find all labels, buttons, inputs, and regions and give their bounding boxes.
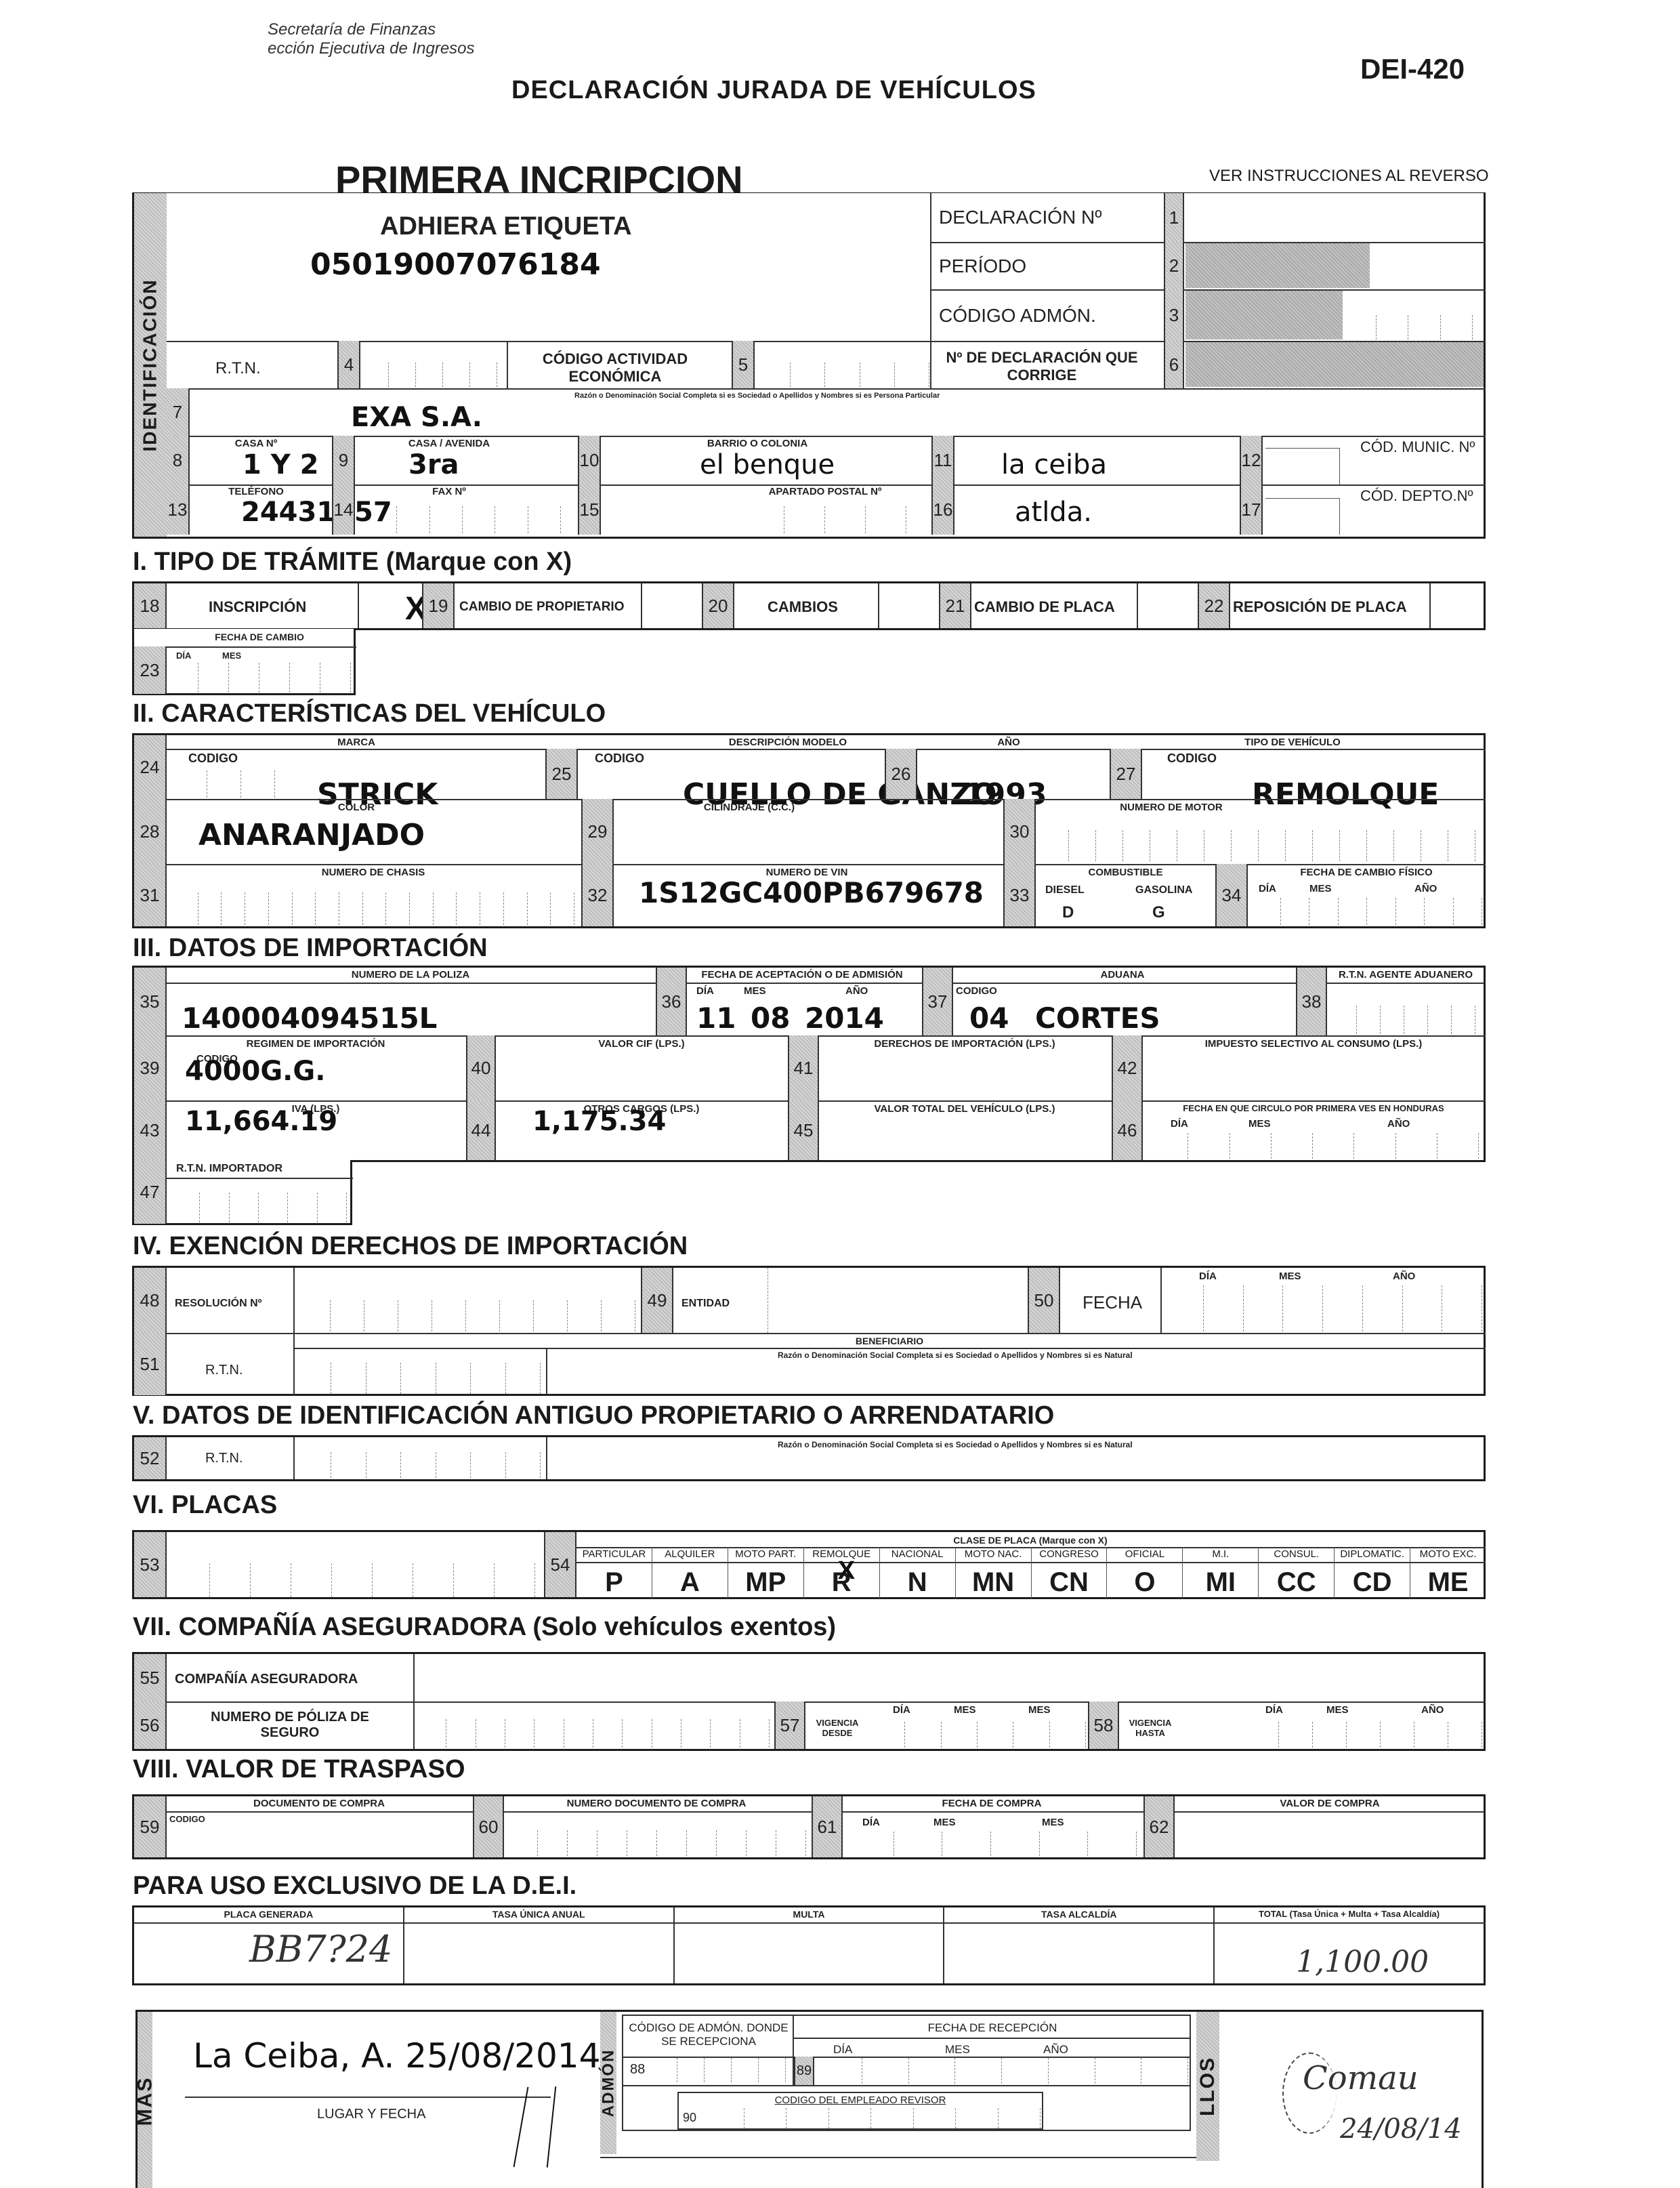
document-title: DECLARACIÓN JURADA DE VEHÍCULOS <box>511 76 1036 105</box>
tasa-alcaldia-cell[interactable]: TASA ALCALDÍA <box>944 1907 1215 1983</box>
field-number-3: 3 <box>1164 289 1184 341</box>
field-number-11: 11 <box>931 436 954 484</box>
recepcion-mes-label: MES <box>945 2043 970 2057</box>
field-number-22: 22 <box>1198 583 1230 628</box>
plate-class-moto-part[interactable]: MOTO PART.MP <box>728 1547 804 1598</box>
anio-header: AÑO <box>917 737 1100 748</box>
divider <box>134 799 1486 800</box>
field-number-12: 12 <box>1240 436 1263 484</box>
valor-cif-input[interactable] <box>497 1053 785 1099</box>
empleado-revisor-header: CODIGO DEL EMPLEADO REVISOR <box>679 2094 1042 2106</box>
regimen-header: REGIMEN DE IMPORTACIÓN <box>167 1038 465 1050</box>
compania-input[interactable] <box>416 1654 1484 1701</box>
fecha-cambio-input[interactable] <box>168 663 351 693</box>
cambio-fisico-header: FECHA DE CAMBIO FÍSICO <box>1248 867 1485 878</box>
placa-generada-handwritten: BB7?24 <box>249 1928 392 1970</box>
section-title-tramite: I. TIPO DE TRÁMITE (Marque con X) <box>133 548 572 577</box>
tramite-checkbox-cambio-propietario[interactable] <box>641 583 702 628</box>
numero-documento-input[interactable] <box>508 1830 806 1856</box>
iva-value[interactable]: 11,664.19 <box>185 1106 337 1137</box>
field-number-7: 7 <box>167 388 190 436</box>
field-number-88: 88 <box>630 2062 645 2078</box>
cod-depto-label: CÓD. DEPTO.Nº <box>1360 487 1473 505</box>
vigencia-hasta-dia: DÍA <box>1265 1704 1283 1716</box>
exencion-section: 48 RESOLUCIÓN Nº 49 ENTIDAD 50 FECHA DÍA… <box>132 1266 1486 1396</box>
cod-depto-input[interactable] <box>1265 498 1340 535</box>
fecha-compra-dia: DÍA <box>862 1817 880 1828</box>
divider <box>167 436 1486 437</box>
tramite-options: 18 INSCRIPCIÓN X 19 CAMBIO DE PROPIETARI… <box>132 581 1486 630</box>
field-number-38: 38 <box>1296 968 1327 1035</box>
antiguo-name-input[interactable] <box>549 1451 1484 1478</box>
codigo-admon-recepcion-input[interactable] <box>650 2058 786 2082</box>
periodo-label: PERÍODO <box>939 255 1026 277</box>
color-header: COLOR <box>167 802 546 813</box>
tasa-unica-cell[interactable]: TASA ÚNICA ANUAL <box>404 1907 675 1983</box>
tipo-code-label: CODIGO <box>1167 751 1217 766</box>
declaracion-input[interactable] <box>1185 193 1484 242</box>
rtn-importador-box: 47 R.T.N. IMPORTADOR <box>132 1160 352 1225</box>
cilindraje-header: CILINDRAJE (C.C.) <box>614 802 885 813</box>
aduana-header: ADUANA <box>953 969 1292 981</box>
divider <box>507 341 508 388</box>
plate-class-congreso[interactable]: CONGRESOCN <box>1032 1547 1108 1598</box>
field-number-6: 6 <box>1164 341 1184 388</box>
section-title-exencion: IV. EXENCIÓN DERECHOS DE IMPORTACIÓN <box>133 1232 688 1261</box>
codigo-admon-label: CÓDIGO ADMÓN. <box>939 305 1096 327</box>
field-number-17: 17 <box>1240 484 1263 535</box>
fecha-aceptacion-dia-label: DÍA <box>696 985 714 997</box>
marca-code-input[interactable] <box>173 770 275 798</box>
plate-class-oficial[interactable]: OFICIALO <box>1107 1547 1183 1598</box>
firmas-side-tab: MAS <box>138 2012 152 2188</box>
stamp-date-handwritten: 24/08/14 <box>1340 2113 1462 2145</box>
rtn-input[interactable] <box>362 363 497 387</box>
fecha-aceptacion-dia[interactable]: 11 <box>696 1002 736 1035</box>
field-number-48: 48 <box>134 1268 167 1333</box>
divider <box>293 1437 295 1479</box>
field-number-19: 19 <box>422 583 455 628</box>
divider <box>167 646 356 648</box>
motor-header: NUMERO DE MOTOR <box>1036 802 1307 813</box>
cod-munic-input[interactable] <box>1265 448 1340 484</box>
multa-cell[interactable]: MULTA <box>675 1907 945 1983</box>
field-number-9: 9 <box>332 436 355 484</box>
numero-documento-header: NUMERO DOCUMENTO DE COMPRA <box>504 1798 809 1809</box>
signature-stroke <box>547 2086 557 2168</box>
cambio-fisico-dia-label: DÍA <box>1259 883 1276 894</box>
divider <box>167 388 1486 390</box>
section-title-caracteristicas: II. CARACTERÍSTICAS DEL VEHÍCULO <box>133 699 606 728</box>
razon-social-hint: Razón o Denominación Social Completa si … <box>574 392 940 400</box>
vigencia-desde-label: VIGENCIA DESDE <box>810 1718 864 1738</box>
antiguo-hint: Razón o Denominación Social Completa si … <box>778 1440 1133 1449</box>
documento-compra-header: DOCUMENTO DE COMPRA <box>167 1798 471 1809</box>
regimen-value[interactable]: 4000G.G. <box>185 1056 325 1087</box>
divider <box>134 1701 1486 1703</box>
field-number-27: 27 <box>1110 749 1142 799</box>
otros-cargos-value[interactable]: 1,175.34 <box>532 1106 666 1137</box>
importacion-section: 35 NUMERO DE LA POLIZA 140004094515L 36 … <box>132 966 1486 1162</box>
vigencia-hasta-mes: MES <box>1326 1704 1349 1716</box>
barrio-value[interactable]: el benque <box>700 449 835 480</box>
field-number-44: 44 <box>466 1100 496 1160</box>
vigencia-desde-input[interactable] <box>869 1722 1086 1748</box>
recepcion-box: CÓDIGO DE ADMÓN. DONDE SE RECEPCIONA FEC… <box>622 2015 1191 2131</box>
valor-total-input[interactable] <box>820 1118 1108 1159</box>
placa-generada-header: PLACA GENERADA <box>134 1909 403 1920</box>
rtn-agente-input[interactable] <box>1333 1006 1475 1034</box>
placa-number-input[interactable] <box>169 1563 535 1597</box>
fecha-recepcion-header: FECHA DE RECEPCIÓN <box>794 2021 1191 2035</box>
admon-side-tab: ADMÓN <box>600 2012 616 2154</box>
total-header: TOTAL (Tasa Única + Multa + Tasa Alcaldí… <box>1215 1909 1484 1919</box>
plate-class-grid: PARTICULARP ALQUILERA MOTO PART.MP REMOL… <box>576 1547 1486 1598</box>
fecha-aceptacion-header: FECHA DE ACEPTACIÓN O DE ADMISIÓN <box>687 969 917 981</box>
clase-placa-header: CLASE DE PLACA (Marque con X) <box>576 1535 1484 1546</box>
tramite-label-cambio-propietario: CAMBIO DE PROPIETARIO <box>459 600 625 615</box>
aseguradora-section: 55 COMPAÑÍA ASEGURADORA 56 NUMERO DE PÓL… <box>132 1652 1486 1751</box>
marca-header: MARCA <box>167 737 546 748</box>
empleado-revisor-input[interactable] <box>702 2108 1041 2128</box>
calle-value[interactable]: 3ra <box>408 449 459 480</box>
divider <box>546 1437 547 1479</box>
apartado-input[interactable] <box>744 506 906 533</box>
remolque-x-mark: X <box>838 1556 855 1586</box>
plate-class-particular[interactable]: PARTICULARP <box>576 1547 652 1598</box>
label-area-title: ADHIERA ETIQUETA <box>380 212 632 241</box>
selectivo-header: IMPUESTO SELECTIVO AL CONSUMO (LPS.) <box>1143 1038 1484 1050</box>
instructions-note: VER INSTRUCCIONES AL REVERSO <box>1209 167 1489 186</box>
field-number-61: 61 <box>812 1796 843 1857</box>
primera-circulacion-header: FECHA EN QUE CIRCULO POR PRIMERA VES EN … <box>1143 1103 1484 1113</box>
beneficiario-rtn-input[interactable] <box>297 1363 541 1394</box>
fecha-compra-mes2: MES <box>1042 1817 1064 1828</box>
poliza-seguro-label: NUMERO DE PÓLIZA DE SEGURO <box>202 1710 378 1741</box>
footer-section: MAS La Ceiba, A. 25/08/2014 LUGAR Y FECH… <box>135 2010 1484 2188</box>
fecha-aceptacion-mes[interactable]: 08 <box>751 1002 790 1035</box>
field-number-2: 2 <box>1164 242 1184 289</box>
marca-code-label: CODIGO <box>188 751 238 766</box>
section-title-aseguradora: VII. COMPAÑÍA ASEGURADORA (Solo vehículo… <box>133 1613 836 1642</box>
declaracion-corrige-label: Nº DE DECLARACIÓN QUE CORRIGE <box>944 349 1140 384</box>
field-number-26: 26 <box>885 749 917 799</box>
divider <box>794 2038 1191 2039</box>
valor-total-header: VALOR TOTAL DEL VEHÍCULO (LPS.) <box>819 1103 1110 1115</box>
cod-munic-label: CÓD. MUNIC. Nº <box>1360 438 1475 456</box>
placa-generada-cell[interactable]: PLACA GENERADA BB7?24 <box>134 1907 404 1983</box>
field-number-24: 24 <box>134 735 167 799</box>
fecha-compra-input[interactable] <box>845 1832 1137 1856</box>
compania-label: COMPAÑÍA ASEGURADORA <box>175 1672 358 1687</box>
plate-class-alquiler[interactable]: ALQUILERA <box>652 1547 728 1598</box>
recepcion-anio-label: AÑO <box>1043 2043 1068 2057</box>
field-number-49: 49 <box>641 1268 673 1333</box>
divider <box>293 1268 295 1395</box>
color-value[interactable]: ANARANJADO <box>198 818 425 852</box>
field-number-14: 14 <box>332 484 355 535</box>
field-number-56: 56 <box>134 1701 167 1749</box>
field-number-32: 32 <box>581 864 614 926</box>
plate-class-mi[interactable]: M.I.MI <box>1183 1547 1259 1598</box>
plate-class-remolque[interactable]: REMOLQUERX <box>804 1547 880 1598</box>
field-number-20: 20 <box>702 583 734 628</box>
beneficiario-header: BENEFICIARIO <box>293 1336 1486 1346</box>
field-number-62: 62 <box>1143 1796 1175 1857</box>
vigencia-hasta-input[interactable] <box>1245 1722 1482 1748</box>
field-number-89: 89 <box>794 2057 814 2085</box>
field-number-45: 45 <box>788 1100 819 1160</box>
field-number-21: 21 <box>939 583 971 628</box>
rtn-importador-header: R.T.N. IMPORTADOR <box>176 1163 282 1175</box>
recepcion-dia-label: DÍA <box>833 2043 852 2057</box>
plate-class-nacional[interactable]: NACIONALN <box>880 1547 956 1598</box>
declaracion-label: DECLARACIÓN Nº <box>939 207 1102 228</box>
resolucion-label: RESOLUCIÓN Nº <box>175 1298 262 1310</box>
gasolina-checkbox[interactable]: G <box>1152 903 1165 922</box>
vigencia-hasta-anio: AÑO <box>1421 1704 1444 1716</box>
beneficiario-name-input[interactable] <box>549 1361 1484 1395</box>
chasis-header: NUMERO DE CHASIS <box>167 867 580 878</box>
municipio-value[interactable]: la ceiba <box>1001 449 1107 480</box>
field-number-16: 16 <box>931 484 954 535</box>
divider <box>167 983 1484 984</box>
divider <box>134 1922 1486 1924</box>
field-number-35: 35 <box>134 968 167 1035</box>
agency-name: Secretaría de Finanzas ección Ejecutiva … <box>268 20 475 58</box>
periodo-input[interactable] <box>1371 243 1484 288</box>
section-title-antiguo-propietario: V. DATOS DE IDENTIFICACIÓN ANTIGUO PROPI… <box>133 1401 1054 1430</box>
valor-cif-header: VALOR CIF (LPS.) <box>496 1038 787 1050</box>
primera-circulacion-dia-label: DÍA <box>1171 1118 1188 1130</box>
vigencia-hasta-label: VIGENCIA HASTA <box>1123 1718 1177 1738</box>
poliza-seguro-input[interactable] <box>417 1719 770 1748</box>
selectivo-input[interactable] <box>1144 1053 1483 1099</box>
fecha-compra-mes: MES <box>933 1817 956 1828</box>
fecha-cambio-label: FECHA DE CAMBIO <box>168 632 351 642</box>
valor-compra-input[interactable] <box>1177 1814 1482 1856</box>
tramite-label-cambios: CAMBIOS <box>768 598 838 616</box>
tipo-vehiculo-header: TIPO DE VEHÍCULO <box>1103 737 1482 748</box>
field-number-55: 55 <box>134 1654 167 1701</box>
divider <box>358 583 359 628</box>
field-number-53: 53 <box>134 1532 167 1597</box>
codigo-actividad-input[interactable] <box>756 363 929 387</box>
signature-stroke <box>513 2087 529 2168</box>
field-number-47: 47 <box>134 1160 167 1224</box>
placas-section: 53 54 CLASE DE PLACA (Marque con X) PART… <box>132 1530 1486 1599</box>
combustible-header: COMBUSTIBLE <box>1036 867 1215 878</box>
derechos-header: DERECHOS DE IMPORTACIÓN (LPS.) <box>819 1038 1110 1050</box>
motor-input[interactable] <box>1042 830 1475 861</box>
field-number-15: 15 <box>578 484 601 535</box>
field-number-5: 5 <box>732 341 755 388</box>
tramite-label-reposicion-placa: REPOSICIÓN DE PLACA <box>1233 598 1407 616</box>
exencion-anio-label: AÑO <box>1393 1271 1415 1282</box>
documento-compra-input[interactable] <box>169 1828 467 1856</box>
diesel-checkbox[interactable]: D <box>1062 903 1074 922</box>
diesel-label: DIESEL <box>1045 884 1085 896</box>
fecha-aceptacion-anio-label: AÑO <box>845 985 868 997</box>
field-number-43: 43 <box>134 1100 167 1160</box>
divider <box>930 341 931 388</box>
field-number-59: 59 <box>134 1796 167 1857</box>
tramite-label-cambio-placa: CAMBIO DE PLACA <box>974 598 1115 616</box>
antiguo-propietario-section: 52 R.T.N. Razón o Denominación Social Co… <box>132 1435 1486 1481</box>
divider <box>167 749 1486 750</box>
field-number-41: 41 <box>788 1035 819 1100</box>
fax-label: FAX Nº <box>358 486 541 497</box>
field-number-1: 1 <box>1164 193 1184 242</box>
section-title-traspaso: VIII. VALOR DE TRASPASO <box>133 1755 465 1784</box>
rtn-agente-header: R.T.N. AGENTE ADUANERO <box>1327 969 1484 981</box>
field-number-18: 18 <box>134 583 167 628</box>
label-number: 05019007076184 <box>310 247 601 282</box>
fecha-cambio-dia-label: DÍA <box>176 651 191 661</box>
divider <box>600 2157 1196 2158</box>
vin-value[interactable]: 1S12GC400PB679678 <box>639 876 984 909</box>
entidad-input[interactable] <box>768 1268 1028 1333</box>
field-number-29: 29 <box>581 799 614 864</box>
fecha-aceptacion-mes-label: MES <box>744 985 766 997</box>
rtn-importador-input[interactable] <box>171 1193 347 1222</box>
field-number-54: 54 <box>544 1532 576 1597</box>
fecha-compra-header: FECHA DE COMPRA <box>843 1798 1141 1809</box>
field-number-39: 39 <box>134 1035 167 1100</box>
razon-social-value[interactable]: EXA S.A. <box>351 402 482 433</box>
divider <box>546 1348 547 1395</box>
documento-code-label: CODIGO <box>169 1814 205 1824</box>
primera-circulacion-mes-label: MES <box>1248 1118 1271 1130</box>
primera-circulacion-input[interactable] <box>1147 1133 1479 1159</box>
divider <box>134 864 1486 865</box>
tasa-alcaldia-header: TASA ALCALDÍA <box>944 1909 1213 1920</box>
tramite-label-inscripcion: INSCRIPCIÓN <box>209 598 306 616</box>
field-number-52: 52 <box>134 1437 167 1479</box>
entidad-label: ENTIDAD <box>681 1298 730 1310</box>
cambio-fisico-input[interactable] <box>1252 898 1482 925</box>
section-title-uso-dei: PARA USO EXCLUSIVO DE LA D.E.I. <box>133 1872 576 1901</box>
field-number-51: 51 <box>134 1333 167 1395</box>
cambio-fisico-mes-label: MES <box>1309 883 1332 894</box>
telefono-label: TELÉFONO <box>195 486 317 497</box>
divider <box>293 1348 1486 1349</box>
vigencia-desde-dia: DÍA <box>893 1704 910 1716</box>
codigo-admon-input[interactable] <box>1344 315 1473 339</box>
aduana-code-label: CODIGO <box>956 985 997 997</box>
exencion-fecha-label: FECHA <box>1083 1292 1142 1313</box>
codigo-admon-shaded <box>1185 291 1343 339</box>
barrio-label: BARRIO O COLONIA <box>608 438 906 449</box>
field-number-34: 34 <box>1215 864 1248 926</box>
field-number-8: 8 <box>167 436 190 484</box>
tramite-checkbox-reposicion-placa[interactable] <box>1429 583 1484 628</box>
aduana-code[interactable]: 04 <box>969 1002 1009 1035</box>
beneficiario-rtn-label: R.T.N. <box>205 1363 243 1378</box>
plate-class-diplomatic[interactable]: DIPLOMATIC.CD <box>1335 1547 1410 1598</box>
fax-input[interactable] <box>364 506 561 533</box>
valor-compra-header: VALOR DE COMPRA <box>1175 1798 1485 1809</box>
modelo-code-label: CODIGO <box>595 751 644 766</box>
derechos-input[interactable] <box>820 1053 1108 1099</box>
gasolina-label: GASOLINA <box>1135 884 1192 896</box>
plate-class-consul[interactable]: CONSUL.CC <box>1259 1547 1335 1598</box>
multa-header: MULTA <box>675 1909 944 1920</box>
field-number-33: 33 <box>1003 864 1036 926</box>
divider <box>167 1178 353 1179</box>
plate-class-moto-nac[interactable]: MOTO NAC.MN <box>956 1547 1032 1598</box>
field-number-23: 23 <box>134 646 167 694</box>
exencion-dia-label: DÍA <box>1199 1271 1217 1282</box>
stamp-signature: Comau <box>1303 2059 1419 2097</box>
tasa-unica-header: TASA ÚNICA ANUAL <box>404 1909 673 1920</box>
declaracion-corrige-input[interactable] <box>1185 342 1484 387</box>
plate-class-moto-exc[interactable]: MOTO EXC.ME <box>1410 1547 1486 1598</box>
field-number-13: 13 <box>167 484 190 535</box>
total-cell[interactable]: TOTAL (Tasa Única + Multa + Tasa Alcaldí… <box>1215 1907 1484 1983</box>
field-number-31: 31 <box>134 864 167 926</box>
vigencia-desde-mes: MES <box>954 1704 976 1716</box>
resolucion-input[interactable] <box>297 1300 635 1332</box>
divider <box>930 193 931 341</box>
uso-dei-section: PLACA GENERADA BB7?24 TASA ÚNICA ANUAL M… <box>132 1905 1486 1985</box>
section-title-placas: VI. PLACAS <box>133 1491 277 1520</box>
field-number-30: 30 <box>1003 799 1036 864</box>
field-number-36: 36 <box>656 968 687 1035</box>
chasis-input[interactable] <box>175 892 574 925</box>
field-number-57: 57 <box>774 1701 805 1749</box>
apartado-label: APARTADO POSTAL Nº <box>744 486 906 497</box>
casa-value[interactable]: 1 Y 2 <box>243 449 318 480</box>
casa-label: CASA Nº <box>195 438 317 449</box>
codigo-admon-recepcion-header: CÓDIGO DE ADMÓN. DONDE SE RECEPCIONA <box>627 2021 790 2048</box>
exencion-fecha-input[interactable] <box>1164 1285 1482 1332</box>
rtn-label: R.T.N. <box>215 359 261 378</box>
exencion-mes-label: MES <box>1279 1271 1301 1282</box>
poliza-value[interactable]: 140004094515L <box>182 1002 437 1035</box>
stamp-area: Comau 24/08/14 <box>1221 2012 1483 2188</box>
fecha-recepcion-input[interactable] <box>816 2058 1188 2084</box>
identification-side-tab: IDENTIFICACIÓN <box>134 193 167 537</box>
departamento-value[interactable]: atlda. <box>1015 497 1092 528</box>
divider <box>134 1333 1486 1334</box>
section-title-importacion: III. DATOS DE IMPORTACIÓN <box>133 934 488 963</box>
caracteristicas-section: 24 MARCA CODIGO STRICK 25 DESCRIPCIÓN MO… <box>132 733 1486 928</box>
field-number-40: 40 <box>466 1035 496 1100</box>
lugar-fecha-value[interactable]: La Ceiba, A. 25/08/2014 <box>193 2036 600 2076</box>
periodo-shaded <box>1185 243 1370 288</box>
antiguo-rtn-input[interactable] <box>297 1452 541 1478</box>
antiguo-rtn-label: R.T.N. <box>205 1451 243 1466</box>
tramite-checkbox-cambio-placa[interactable] <box>1137 583 1198 628</box>
calle-label: CASA / AVENIDA <box>358 438 541 449</box>
field-number-25: 25 <box>545 749 578 799</box>
identification-section: IDENTIFICACIÓN ADHIERA ETIQUETA 05019007… <box>132 193 1486 539</box>
field-number-58: 58 <box>1088 1701 1119 1749</box>
field-number-60: 60 <box>473 1796 504 1857</box>
vigencia-desde-mes2: MES <box>1028 1704 1051 1716</box>
fecha-aceptacion-anio[interactable]: 2014 <box>805 1002 884 1035</box>
codigo-actividad-label: CÓDIGO ACTIVIDAD ECONÓMICA <box>513 350 717 386</box>
tramite-checkbox-cambios[interactable] <box>878 583 939 628</box>
uso-dei-grid: PLACA GENERADA BB7?24 TASA ÚNICA ANUAL M… <box>134 1907 1484 1983</box>
fecha-cambio-mes-label: MES <box>222 651 241 661</box>
aduana-name[interactable]: CORTES <box>1035 1002 1160 1035</box>
lugar-fecha-label: LUGAR Y FECHA <box>317 2107 425 2122</box>
divider <box>185 2097 551 2098</box>
field-number-10: 10 <box>578 436 601 484</box>
traspaso-section: 59 DOCUMENTO DE COMPRA CODIGO 60 NUMERO … <box>132 1794 1486 1859</box>
